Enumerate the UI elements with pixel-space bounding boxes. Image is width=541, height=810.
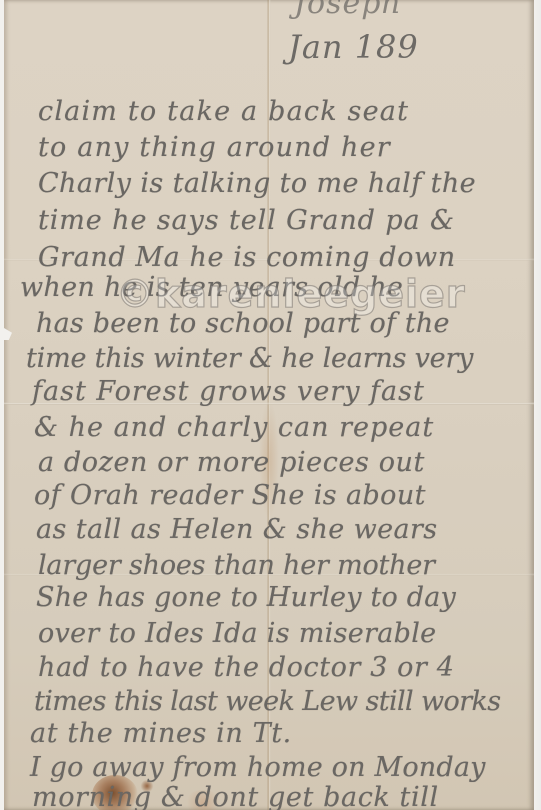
letter-line: I go away from home on Monday — [30, 752, 486, 783]
letter-line: larger shoes than her mother — [38, 550, 435, 581]
letter-page: Joseph Jan 189 claim to take a back seat… — [4, 0, 534, 810]
copyright-watermark: ©karenleegeier — [116, 272, 466, 316]
letter-line: to any thing around her — [38, 132, 391, 163]
letter-line: of Orah reader She is about — [34, 480, 426, 511]
letter-line: fast Forest grows very fast — [32, 376, 425, 407]
letter-line: as tall as Helen & she wears — [36, 514, 438, 545]
letter-line: & he and charly can repeat — [34, 412, 434, 443]
letter-line: She has gone to Hurley to day — [36, 582, 456, 613]
letter-line: over to Ides Ida is miserable — [38, 618, 436, 649]
letter-line: morning & dont get back till — [32, 782, 439, 810]
letter-line: had to have the doctor 3 or 4 — [38, 652, 454, 683]
letter-line: time he says tell Grand pa & — [38, 205, 455, 236]
letter-line: times this last week Lew still works — [34, 686, 501, 717]
letter-body: claim to take a back seat to any thing a… — [4, 0, 534, 810]
letter-line: Grand Ma he is coming down — [38, 242, 456, 273]
letter-line: time this winter & he learns very — [26, 343, 473, 374]
letter-line: at the mines in Tt. — [30, 718, 292, 749]
letter-line: a dozen or more pieces out — [38, 447, 425, 478]
letter-line: Charly is talking to me half the — [38, 168, 476, 199]
letter-line: claim to take a back seat — [38, 96, 409, 127]
scan-background-edge — [534, 0, 541, 810]
